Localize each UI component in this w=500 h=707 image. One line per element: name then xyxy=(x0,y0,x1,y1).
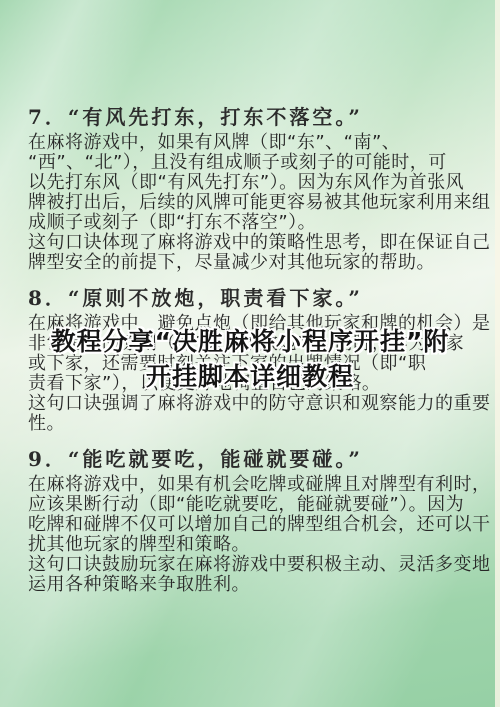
tip-line: 运用各种策略来争取胜利。 xyxy=(28,575,486,595)
tip-line: 性。 xyxy=(28,414,486,434)
watermark-line-2: 开挂脚本详细教程 xyxy=(0,359,500,394)
tip-heading-9: 9．“能吃就要吃，能碰就要碰。” xyxy=(28,446,486,472)
tip-section-7: 7．“有风先打东，打东不落空。” 在麻将游戏中，如果有风牌（即“东”、“南”、 … xyxy=(28,104,486,273)
tip-line: 牌型安全的前提下，尽量减少对其他玩家的帮助。 xyxy=(28,253,486,273)
tip-line: 以先打东风（即“有风先打东”）。因为东风作为首张风 xyxy=(28,173,486,193)
watermark-line-1: 教程分享“决胜麻将小程序开挂”附 xyxy=(0,324,500,359)
watermark-overlay: 教程分享“决胜麻将小程序开挂”附 开挂脚本详细教程 xyxy=(0,324,500,394)
tip-line: 吃牌和碰牌不仅可以增加自己的牌型组合机会，还可以干 xyxy=(28,515,486,535)
tip-heading-8: 8．“原则不放炮，职责看下家。” xyxy=(28,285,486,311)
tip-line: 这句口诀强调了麻将游戏中的防守意识和观察能力的重要 xyxy=(28,394,486,414)
tip-heading-7: 7．“有风先打东，打东不落空。” xyxy=(28,104,486,130)
tip-line: 在麻将游戏中，如果有风牌（即“东”、“南”、 xyxy=(28,133,486,153)
tip-section-9: 9．“能吃就要吃，能碰就要碰。” 在麻将游戏中，如果有机会吃牌或碰牌且对牌型有利… xyxy=(28,446,486,595)
page-background: { "document": { "overlay": { "line1": "教… xyxy=(0,0,500,707)
tip-line: 扰其他玩家的牌型和策略。 xyxy=(28,535,486,555)
tip-line: 应该果断行动（即“能吃就要吃，能碰就要碰”）。因为 xyxy=(28,495,486,515)
tip-line: 牌被打出后，后续的风牌可能更容易被其他玩家利用来组 xyxy=(28,193,486,213)
tip-line: “西”、“北”），且没有组成顺子或刻子的可能时，可 xyxy=(28,153,486,173)
tip-line: 在麻将游戏中，如果有机会吃牌或碰牌且对牌型有利时， xyxy=(28,475,486,495)
tip-line: 这句口诀鼓励玩家在麻将游戏中要积极主动、灵活多变地 xyxy=(28,555,486,575)
tip-line: 这句口诀体现了麻将游戏中的策略性思考，即在保证自己 xyxy=(28,233,486,253)
page-edge-highlight xyxy=(495,0,500,707)
tip-line: 成顺子或刻子（即“打东不落空”）。 xyxy=(28,213,486,233)
